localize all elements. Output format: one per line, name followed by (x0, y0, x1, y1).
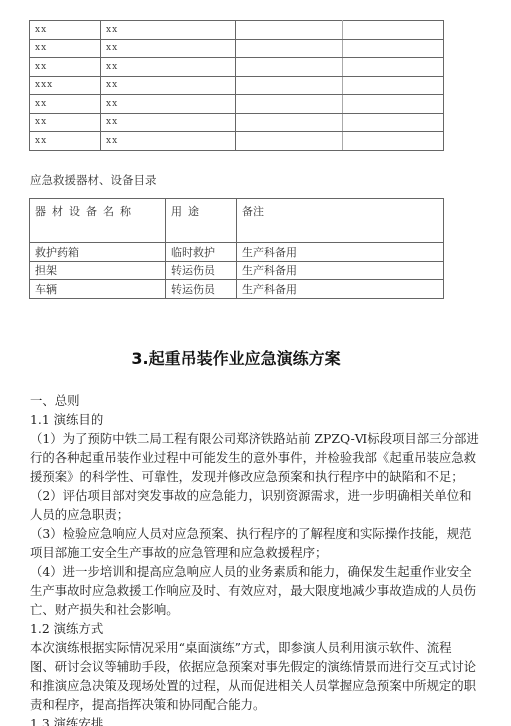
paragraph-line: （2）评估项目部对突发事故的应急能力，识别资源需求，进一步明确相关单位和 (30, 486, 444, 505)
table-cell (236, 132, 343, 151)
table-row: 救护药箱 临时救护 生产科备用 (30, 243, 444, 262)
section-title: 3.起重吊装作业应急演练方案 (0, 346, 472, 369)
table-cell: 车辆 (30, 280, 166, 299)
paragraph-line: 行的各种起重吊装作业过程中可能发生的意外事件，并检验我部《起重吊装应急救 (30, 448, 444, 467)
heading-1-3: 1.3 演练安排 (30, 714, 444, 726)
table-cell (236, 21, 343, 40)
table-cell (343, 58, 444, 77)
equipment-table: 器材设备名称 用途 备注 救护药箱 临时救护 生产科备用 担架 转运伤员 生产科… (29, 198, 444, 299)
table-cell: 临时救护 (166, 243, 237, 262)
table-cell: 转运伤员 (166, 261, 237, 280)
table-cell: xxx (30, 76, 101, 95)
table-cell: xx (101, 58, 236, 77)
section-body: 一、总则 1.1 演练目的 （1）为了预防中铁二局工程有限公司郑济铁路站前 ZP… (30, 391, 444, 726)
table-row: xx xx (30, 21, 444, 40)
table-header-row: 器材设备名称 用途 备注 (30, 199, 444, 243)
table-cell: xx (30, 95, 101, 114)
paragraph-line: 和推演应急决策及现场处置的过程，从而促进相关人员掌握应急预案中所规定的职 (30, 676, 444, 695)
table-row: xx xx (30, 113, 444, 132)
paragraph-line: 生产事故时应急救援工作响应及时、有效应对，最大限度地减少事故造成的人员伤 (30, 581, 444, 600)
paragraph-line: （4）进一步培训和提高应急响应人员的业务素质和能力，确保发生起重作业安全 (30, 562, 444, 581)
table-cell: 生产科备用 (237, 243, 444, 262)
paragraph-line: （1）为了预防中铁二局工程有限公司郑济铁路站前 ZPZQ-Ⅵ标段项目部三分部进 (30, 429, 444, 448)
paragraph-line: 本次演练根据实际情况采用“桌面演练”方式，即参演人员利用演示软件、流程 (30, 638, 444, 657)
table-cell (343, 39, 444, 58)
paragraph-line: 亡、财产损失和社会影响。 (30, 600, 444, 619)
table-cell: xx (30, 21, 101, 40)
equipment-caption: 应急救援器材、设备目录 (30, 172, 157, 188)
table-cell: 生产科备用 (237, 280, 444, 299)
table-cell: 救护药箱 (30, 243, 166, 262)
table-row: xx xx (30, 95, 444, 114)
table-cell: xx (101, 113, 236, 132)
table-cell (343, 132, 444, 151)
paragraph-line: 人员的应急职责； (30, 505, 444, 524)
table-cell (236, 39, 343, 58)
table-row: xxx xx (30, 76, 444, 95)
table-cell (343, 76, 444, 95)
personnel-table: xx xx xx xx xx xx xxx xx xx xx (29, 20, 444, 151)
paragraph-line: 责和程序，提高指挥决策和协同配合能力。 (30, 695, 444, 714)
header-equipment-name: 器材设备名称 (30, 199, 166, 243)
table-row: xx xx (30, 58, 444, 77)
table-cell (343, 113, 444, 132)
table-cell: xx (101, 39, 236, 58)
table-cell: xx (101, 95, 236, 114)
table-row: 车辆 转运伤员 生产科备用 (30, 280, 444, 299)
table-cell: xx (30, 39, 101, 58)
paragraph-line: （3）检验应急响应人员对应急预案、执行程序的了解程度和实际操作技能，规范 (30, 524, 444, 543)
paragraph-line: 项目部施工安全生产事故的应急管理和应急救援程序； (30, 543, 444, 562)
table-cell (236, 58, 343, 77)
table-row: 担架 转运伤员 生产科备用 (30, 261, 444, 280)
paragraph-line: 图、研讨会议等辅助手段，依据应急预案对事先假定的演练情景而进行交互式讨论 (30, 657, 444, 676)
table-cell: 生产科备用 (237, 261, 444, 280)
table-row: xx xx (30, 39, 444, 58)
header-remarks: 备注 (237, 199, 444, 243)
table-row: xx xx (30, 132, 444, 151)
table-cell (236, 76, 343, 95)
table-cell (236, 113, 343, 132)
heading-1-2: 1.2 演练方式 (30, 619, 444, 638)
table-cell (343, 95, 444, 114)
table-cell: xx (101, 132, 236, 151)
table-cell: xx (30, 58, 101, 77)
table-cell: 担架 (30, 261, 166, 280)
header-purpose: 用途 (166, 199, 237, 243)
table-cell (236, 95, 343, 114)
table-cell: xx (101, 21, 236, 40)
table-cell: xx (101, 76, 236, 95)
heading-general: 一、总则 (30, 391, 444, 410)
table-cell (343, 21, 444, 40)
heading-1-1: 1.1 演练目的 (30, 410, 444, 429)
table-cell: 转运伤员 (166, 280, 237, 299)
paragraph-line: 援预案》的科学性、可靠性，发现并修改应急预案和执行程序中的缺陷和不足； (30, 467, 444, 486)
table-cell: xx (30, 132, 101, 151)
table-cell: xx (30, 113, 101, 132)
